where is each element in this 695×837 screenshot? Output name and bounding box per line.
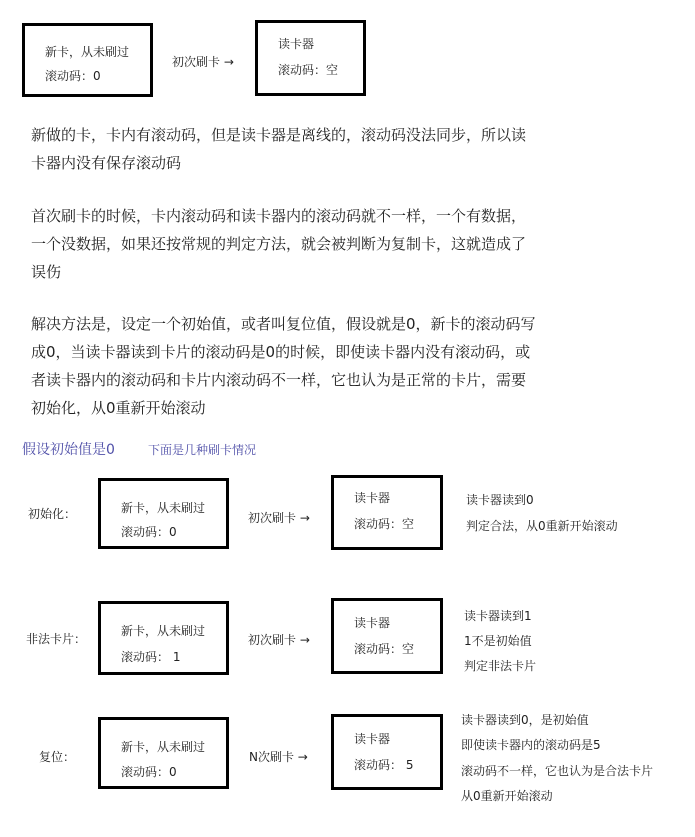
assumption-label: 假设初始值是0: [22, 441, 115, 459]
case-reset-card-box: 新卡，从未刷过 滚动码：0: [98, 717, 229, 789]
reader-box-line1: 读卡器: [354, 491, 390, 505]
paragraph-1: 新做的卡，卡内有滚动码，但是读卡器是离线的，滚动码没法同步，所以读 卡器内没有保…: [31, 121, 591, 177]
case-init-card-box: 新卡，从未刷过 滚动码：0: [98, 478, 229, 549]
case-reset-note: 读卡器读到0，是初始值: [461, 713, 589, 727]
paragraph-line: 误伤: [31, 258, 591, 286]
reader-box-line2: 滚动码： 5: [354, 758, 413, 772]
case-reset-arrow-label: N次刷卡 →: [249, 750, 308, 764]
reader-box-line1: 读卡器: [278, 37, 314, 51]
reader-box-line1: 读卡器: [354, 616, 390, 630]
case-illegal-note: 1不是初始值: [464, 634, 532, 648]
card-box-line1: 新卡，从未刷过: [121, 740, 205, 754]
paragraph-2: 首次刷卡的时候，卡内滚动码和读卡器内的滚动码就不一样，一个有数据， 一个没数据，…: [31, 202, 591, 286]
case-illegal-card-box: 新卡，从未刷过 滚动码： 1: [98, 601, 229, 675]
card-box: 新卡，从未刷过 滚动码：0: [22, 23, 153, 97]
paragraph-line: 卡器内没有保存滚动码: [31, 149, 591, 177]
reader-box-line2: 滚动码：空: [354, 517, 414, 531]
paragraph-line: 一个没数据，如果还按常规的判定方法，就会被判断为复制卡，这就造成了: [31, 230, 591, 258]
case-init-arrow-label: 初次刷卡 →: [248, 511, 310, 525]
case-reset-note: 即使读卡器内的滚动码是5: [461, 738, 601, 752]
case-illegal-arrow-label: 初次刷卡 →: [248, 633, 310, 647]
paragraph-line: 初始化，从0重新开始滚动: [31, 394, 591, 422]
card-box-line2: 滚动码：0: [121, 765, 177, 779]
card-box-line2: 滚动码： 1: [121, 650, 180, 664]
case-label-reset: 复位：: [39, 750, 75, 764]
paragraph-3: 解决方法是，设定一个初始值，或者叫复位值，假设就是0，新卡的滚动码写 成0，当读…: [31, 310, 591, 422]
case-init-note: 读卡器读到0: [466, 493, 534, 507]
assumption-sub-label: 下面是几种刷卡情况: [148, 442, 256, 458]
card-box-line2: 滚动码：0: [121, 525, 177, 539]
case-illegal-reader-box: 读卡器 滚动码：空: [331, 598, 443, 674]
paragraph-line: 首次刷卡的时候，卡内滚动码和读卡器内的滚动码就不一样，一个有数据，: [31, 202, 591, 230]
case-reset-note: 从0重新开始滚动: [461, 789, 553, 803]
case-label-illegal: 非法卡片：: [26, 632, 86, 646]
reader-box: 读卡器 滚动码：空: [255, 20, 366, 96]
card-box-line1: 新卡，从未刷过: [121, 501, 205, 515]
case-reset-reader-box: 读卡器 滚动码： 5: [331, 714, 443, 790]
card-box-line1: 新卡，从未刷过: [45, 45, 129, 59]
card-box-line2: 滚动码：0: [45, 69, 101, 83]
paragraph-line: 者读卡器内的滚动码和卡片内滚动码不一样，它也认为是正常的卡片，需要: [31, 366, 591, 394]
case-reset-note: 滚动码不一样，它也认为是合法卡片: [461, 764, 653, 778]
arrow-label: 初次刷卡 →: [172, 55, 234, 69]
paragraph-line: 成0，当读卡器读到卡片的滚动码是0的时候，即使读卡器内没有滚动码，或: [31, 338, 591, 366]
case-init-note: 判定合法，从0重新开始滚动: [466, 519, 618, 533]
case-init-reader-box: 读卡器 滚动码：空: [331, 475, 443, 550]
reader-box-line2: 滚动码：空: [354, 642, 414, 656]
paragraph-line: 新做的卡，卡内有滚动码，但是读卡器是离线的，滚动码没法同步，所以读: [31, 121, 591, 149]
case-label-init: 初始化：: [28, 507, 76, 521]
paragraph-line: 解决方法是，设定一个初始值，或者叫复位值，假设就是0，新卡的滚动码写: [31, 310, 591, 338]
card-box-line1: 新卡，从未刷过: [121, 624, 205, 638]
reader-box-line2: 滚动码：空: [278, 63, 338, 77]
case-illegal-note: 判定非法卡片: [464, 659, 536, 673]
reader-box-line1: 读卡器: [354, 732, 390, 746]
case-illegal-note: 读卡器读到1: [464, 609, 532, 623]
